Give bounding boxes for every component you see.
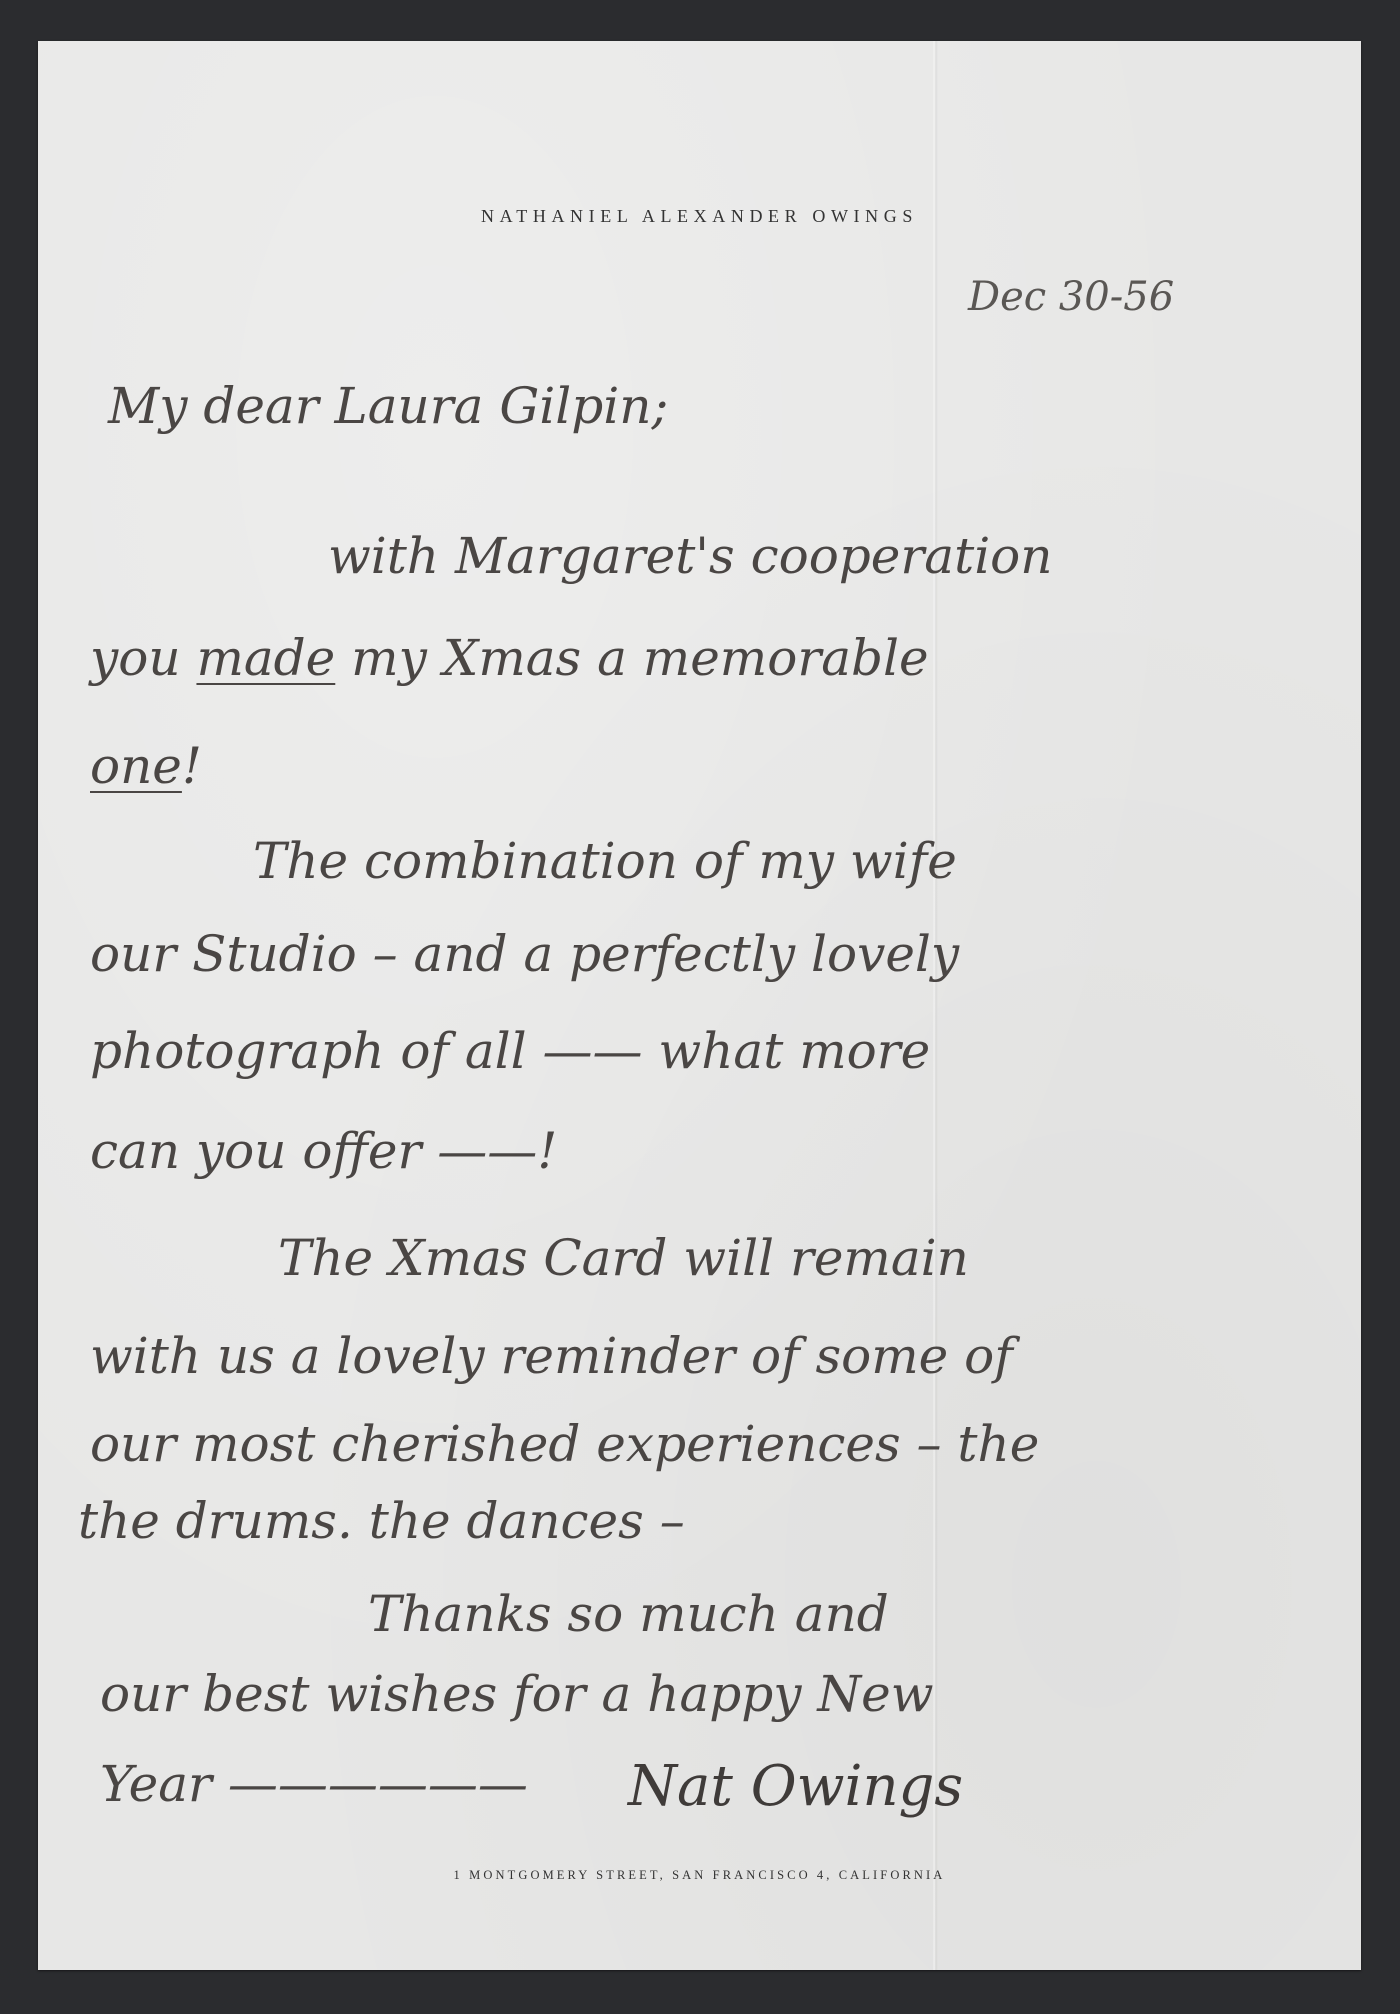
letterhead-address: 1 MONTGOMERY STREET, SAN FRANCISCO 4, CA…	[38, 1868, 1361, 1883]
body-line: our Studio – and a perfectly lovely	[90, 929, 959, 979]
body-line: one!	[90, 741, 202, 791]
letter-page: NATHANIEL ALEXANDER OWINGS Dec 30-56 My …	[38, 41, 1361, 1970]
body-line: photograph of all —— what more	[90, 1026, 930, 1076]
body-text: you	[90, 629, 196, 687]
body-line: you made my Xmas a memorable	[90, 633, 929, 683]
salutation: My dear Laura Gilpin;	[108, 381, 668, 431]
exclamation: !	[182, 737, 202, 795]
body-line: The Xmas Card will remain	[278, 1233, 969, 1283]
body-line: with Margaret's cooperation	[328, 531, 1053, 581]
closing-line: Year ——————	[100, 1759, 528, 1809]
body-line: the drums. the dances –	[78, 1496, 685, 1546]
letterhead-name: NATHANIEL ALEXANDER OWINGS	[38, 206, 1361, 227]
body-line: Thanks so much and	[368, 1589, 889, 1639]
body-line: can you offer ——!	[90, 1126, 557, 1176]
body-line: our best wishes for a happy New	[100, 1669, 934, 1719]
underlined-word: made	[196, 629, 335, 687]
body-line: our most cherished experiences – the	[90, 1419, 1039, 1469]
body-line: with us a lovely reminder of some of	[90, 1331, 1013, 1381]
letter-date: Dec 30-56	[968, 277, 1174, 317]
body-text: my Xmas a memorable	[335, 629, 928, 687]
body-line: The combination of my wife	[253, 836, 957, 886]
underlined-word: one	[90, 737, 182, 795]
signature: Nat Owings	[628, 1759, 963, 1815]
